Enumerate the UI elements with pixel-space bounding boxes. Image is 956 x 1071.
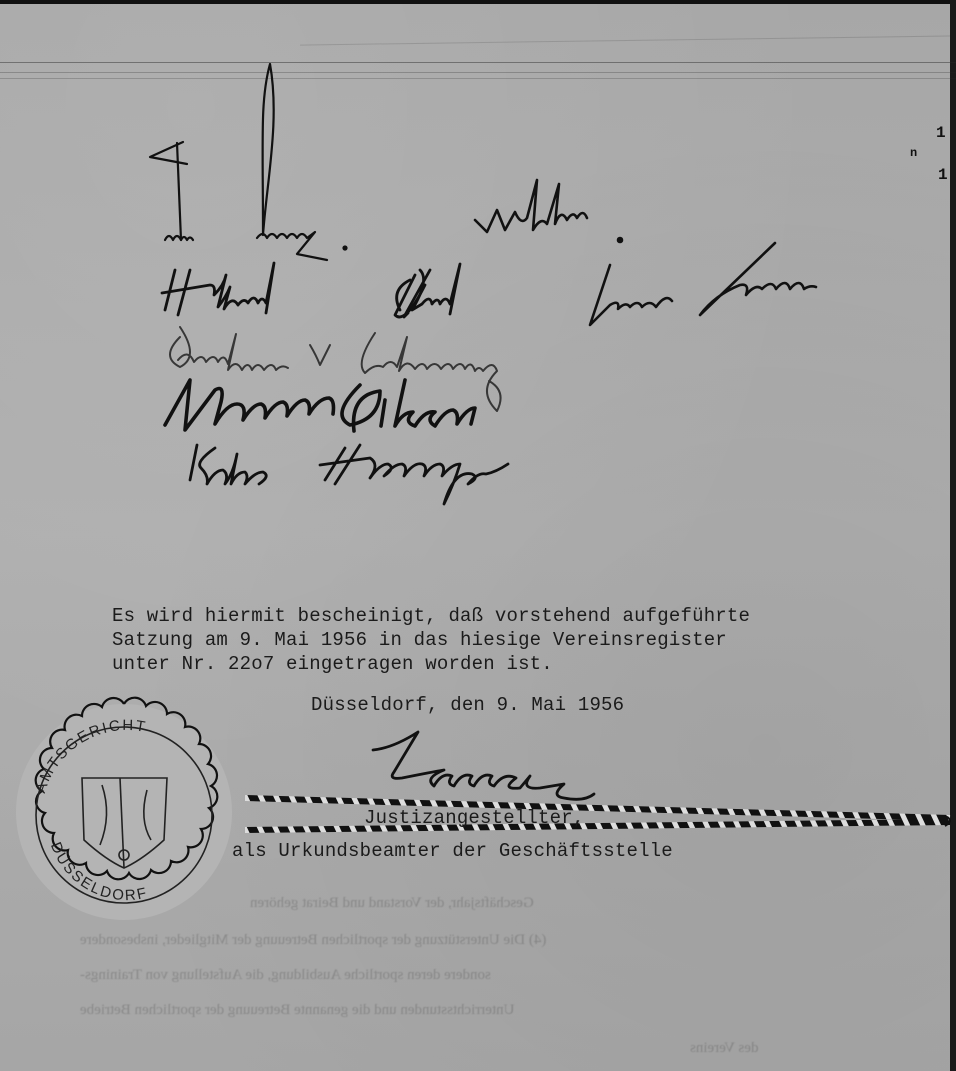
scan-line: [0, 78, 956, 79]
scan-top-edge: [0, 0, 956, 4]
certification-line-1: Es wird hiermit bescheinigt, daß vorsteh…: [112, 605, 750, 627]
bleed-through-text: sondere deren sportliche Ausbildung, die…: [80, 967, 491, 984]
official-title-line-1: Justizangestellter,: [364, 807, 584, 829]
signature-leo-thoms: [575, 235, 835, 335]
scan-right-edge: [950, 0, 956, 1071]
document-cord: [245, 790, 956, 845]
bleed-through-text: Unterrichtsstunden und die genannte Betr…: [80, 1002, 514, 1019]
scan-line: [0, 72, 956, 73]
margin-mark: 1: [936, 124, 946, 142]
certification-line-3: unter Nr. 22o7 eingetragen worden ist.: [112, 653, 553, 675]
scan-line: [0, 62, 956, 63]
bleed-through-text: des Vereins: [690, 1040, 758, 1057]
margin-mark: n: [910, 146, 917, 160]
bleed-through-text: Geschäftsjahr, der Vorstand und Beirat g…: [250, 895, 534, 912]
signature-hanna-dilsesch: [160, 375, 580, 450]
certification-line-2: Satzung am 9. Mai 1956 in das hiesige Ve…: [112, 629, 727, 651]
official-title-line-2: als Urkundsbeamter der Geschäftsstelle: [232, 840, 673, 862]
place-and-date: Düsseldorf, den 9. Mai 1956: [311, 694, 624, 716]
signature-kaethe-heemeyer: [185, 440, 555, 515]
signature-adam-lenanius: [145, 60, 405, 275]
court-seal: AMTSGERICHT DÜSSELDORF: [2, 690, 252, 940]
scan-line: [300, 35, 956, 45]
margin-mark: 1: [938, 166, 948, 184]
document-page: Geschäftsjahr, der Vorstand und Beirat g…: [0, 0, 956, 1071]
